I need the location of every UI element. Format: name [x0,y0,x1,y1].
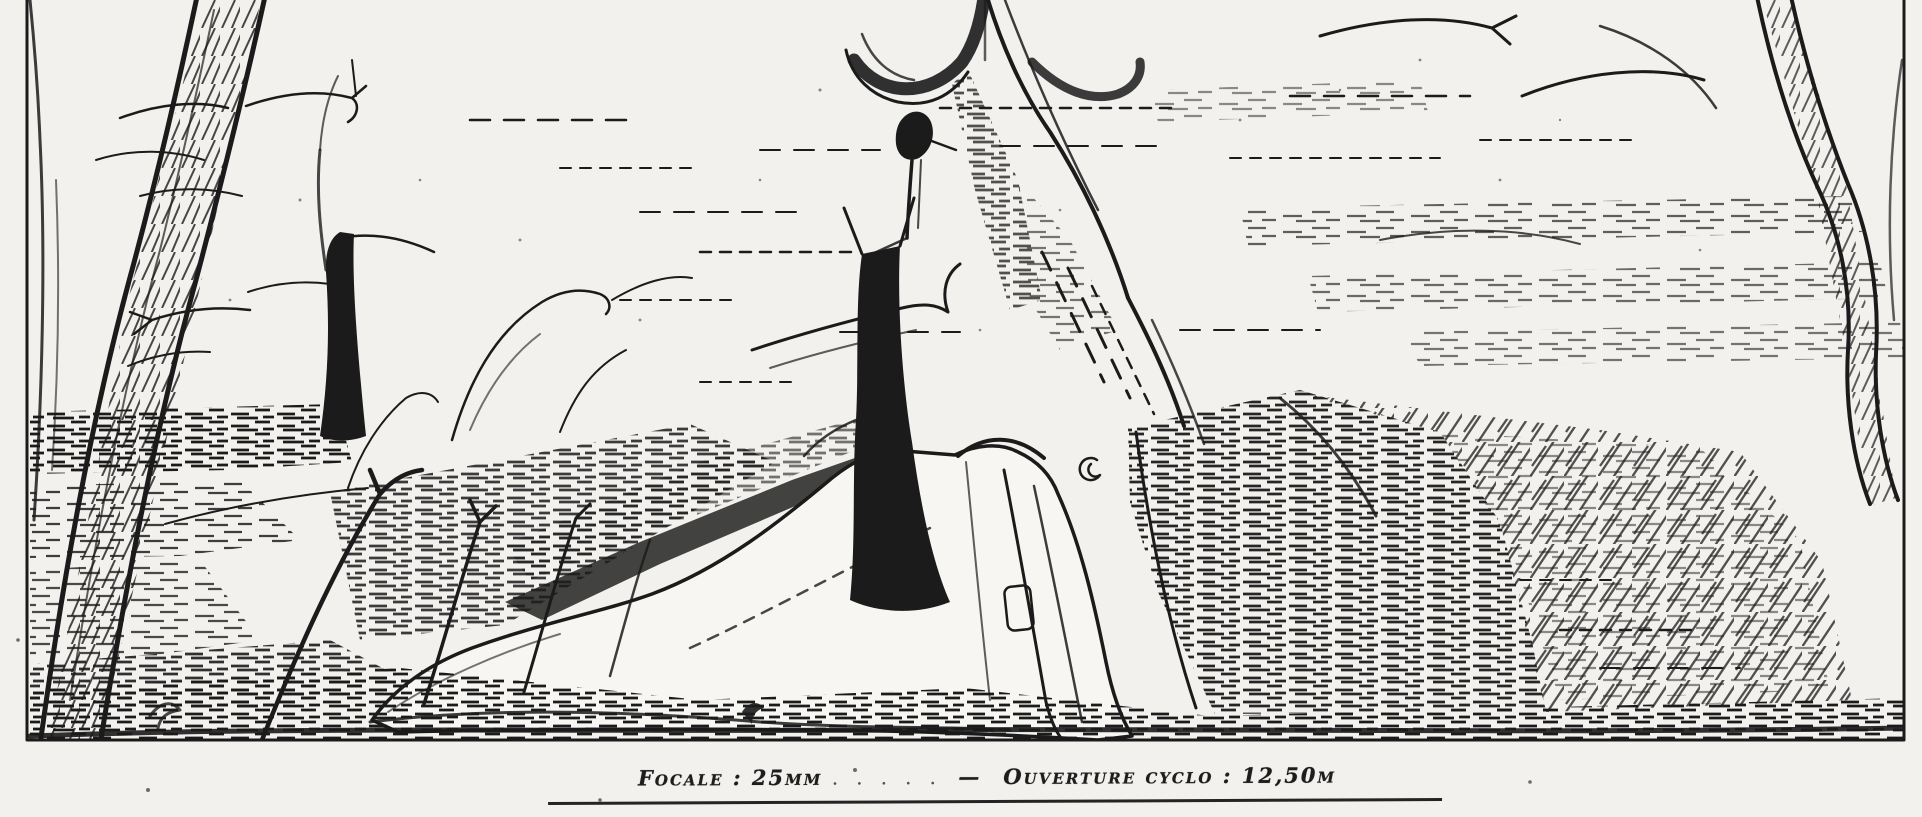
caption-focal-length: Focale : 25mm [638,765,822,791]
caption-separator: — [958,764,981,789]
caption: Focale : 25mm . . . . . — Ouverture cycl… [548,762,1442,805]
caption-leader-dots: . . . . . [832,770,942,788]
storyboard-drawing: Storm-swept landscape: wind-bent trees l… [0,0,1922,817]
wind-bent-saplings [452,277,692,440]
scanned-storyboard-page: Storm-swept landscape: wind-bent trees l… [0,0,1922,817]
drawing-content [30,0,1905,745]
wind-dash-field [470,80,1905,382]
bent-tree-left-center [248,76,434,441]
figure-on-pole [872,112,956,254]
caption-cyclo-aperture: Ouverture cyclo : 12,50m [1003,763,1336,789]
spiral-detail [1080,458,1100,480]
